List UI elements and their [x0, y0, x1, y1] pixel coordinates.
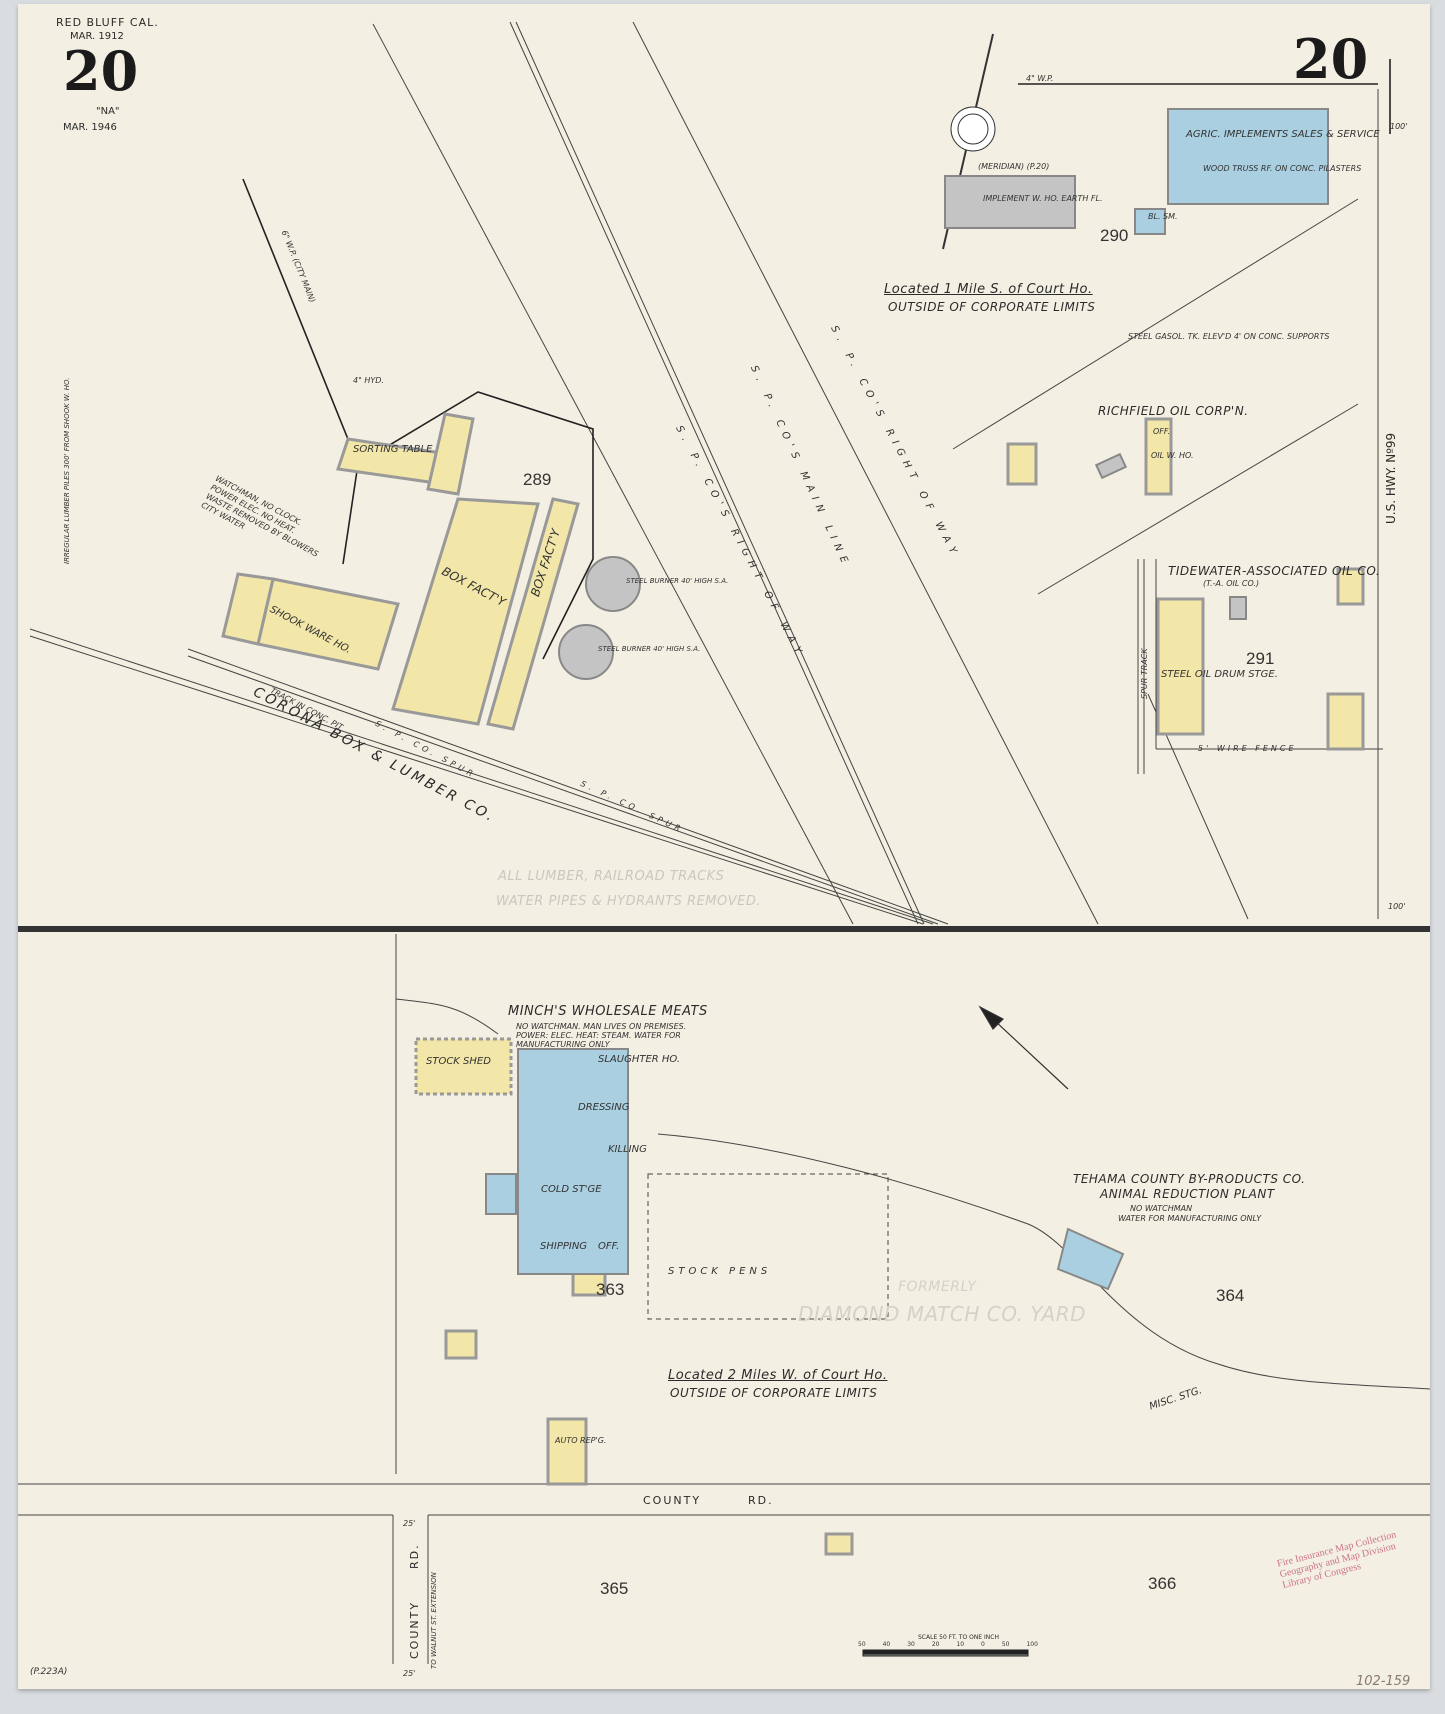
water-main-top: 4" W.P.: [1026, 74, 1053, 83]
block-number-291[interactable]: 291: [1246, 649, 1274, 669]
company-richfield[interactable]: RICHFIELD OIL CORP'N.: [1098, 404, 1249, 418]
building-off[interactable]: OFF.: [1153, 427, 1170, 436]
building-sorting-table[interactable]: SORTING TABLE: [353, 444, 432, 455]
map-linework: [18, 4, 1430, 1689]
ghost-diamond-match: DIAMOND MATCH CO. YARD: [798, 1302, 1086, 1326]
scale-ticks: 5040302010050100: [858, 1641, 1038, 1648]
sheet-number: 20: [63, 44, 138, 98]
north-arrow-lower: [980, 1007, 1068, 1089]
construction-truss: WOOD TRUSS RF. ON CONC. PILASTERS: [1203, 164, 1361, 173]
highway-label: U.S. HWY. Nº99: [1384, 433, 1398, 524]
lumber-piles-note: IRREGULAR LUMBER PILES 300' FROM SHOOK W…: [63, 378, 71, 564]
tidewater-subtitle: (T.-A. OIL CO.): [1203, 579, 1259, 588]
revision-date: MAR. 1946: [63, 122, 117, 133]
road-county-h: COUNTY: [643, 1494, 701, 1507]
removed-note-2: WATER PIPES & HYDRANTS REMOVED.: [496, 894, 761, 909]
building-dressing[interactable]: DRESSING: [578, 1102, 629, 1113]
building-agric-implements[interactable]: AGRIC. IMPLEMENTS SALES & SERVICE: [1186, 129, 1380, 140]
width-label-bottom: 100': [1388, 902, 1405, 911]
building-stock-shed[interactable]: STOCK SHED: [426, 1056, 491, 1067]
company-minchs[interactable]: MINCH'S WHOLESALE MEATS: [508, 1004, 708, 1019]
road-rd-v: RD.: [408, 1543, 421, 1569]
location-note-lower: Located 2 Miles W. of Court Ho.: [668, 1368, 887, 1383]
spur-track-label: SPUR TRACK: [1140, 648, 1149, 699]
road-rd-h: RD.: [748, 1494, 774, 1507]
block-number-363[interactable]: 363: [596, 1280, 624, 1300]
removed-note-1: ALL LUMBER, RAILROAD TRACKS: [498, 869, 724, 884]
building-oil-wh[interactable]: OIL W. HO.: [1151, 451, 1194, 460]
building-steel-burner-1[interactable]: STEEL BURNER 40' HIGH S.A.: [626, 577, 728, 585]
location-note-upper: Located 1 Mile S. of Court Ho.: [884, 282, 1093, 297]
block-number-289[interactable]: 289: [523, 470, 551, 490]
building-shipping[interactable]: SHIPPING: [540, 1241, 587, 1252]
plate-code: (P.223A): [30, 1667, 67, 1677]
scale-bar: [863, 1650, 1028, 1656]
company-tidewater[interactable]: TIDEWATER-ASSOCIATED OIL CO.: [1168, 564, 1380, 578]
minchs-note: NO WATCHMAN. MAN LIVES ON PREMISES.POWER…: [516, 1022, 686, 1049]
sheet-number-right: 20: [1293, 32, 1368, 86]
building-implement-wh[interactable]: IMPLEMENT W. HO. EARTH FL.: [983, 194, 1103, 203]
building-off-lower[interactable]: OFF.: [598, 1241, 619, 1252]
road-county-v: COUNTY: [408, 1601, 421, 1659]
area-stock-pens[interactable]: STOCK PENS: [668, 1266, 771, 1277]
limits-note-lower: OUTSIDE OF CORPORATE LIMITS: [670, 1386, 877, 1400]
building-steel-oil-drum[interactable]: STEEL OIL DRUM STGE.: [1161, 669, 1278, 680]
tehama-note-2: WATER FOR MANUFACTURING ONLY: [1118, 1214, 1261, 1223]
limits-note-upper: OUTSIDE OF CORPORATE LIMITS: [888, 300, 1095, 314]
building-auto-repg[interactable]: AUTO REP'G.: [555, 1436, 606, 1445]
richfield-tank-label: STEEL GASOL. TK. ELEV'D 4' ON CONC. SUPP…: [1128, 332, 1329, 341]
building-slaughter-ho[interactable]: SLAUGHTER HO.: [598, 1054, 680, 1065]
building-bl-sm[interactable]: BL. SM.: [1148, 212, 1178, 221]
catalog-number: 102-159: [1356, 1674, 1410, 1689]
block-number-365[interactable]: 365: [600, 1579, 628, 1599]
wire-fence-label: 5' WIRE FENCE: [1198, 744, 1297, 753]
tehama-note-1: NO WATCHMAN: [1130, 1204, 1192, 1213]
block-number-364[interactable]: 364: [1216, 1286, 1244, 1306]
width-label: 100': [1390, 122, 1407, 131]
block-number-290[interactable]: 290: [1100, 226, 1128, 246]
building-killing[interactable]: KILLING: [608, 1144, 647, 1155]
road-note: TO WALNUT ST. EXTENSION: [430, 1572, 438, 1669]
road-width-bottom: 25': [403, 1669, 415, 1678]
volume-code: "NA": [96, 106, 120, 117]
city-label: RED BLUFF CAL.: [56, 16, 159, 29]
hydrant-label: 4" HYD.: [353, 376, 384, 385]
map-sheet: RED BLUFF CAL. MAR. 1912 20 "NA" MAR. 19…: [18, 4, 1430, 1689]
scale-label: SCALE 50 FT. TO ONE INCH: [918, 1634, 999, 1641]
ghost-formerly: FORMERLY: [898, 1279, 976, 1295]
compass-label: (MERIDIAN) (P.20): [978, 162, 1049, 171]
block-number-366[interactable]: 366: [1148, 1574, 1176, 1594]
road-width-top: 25': [403, 1519, 415, 1528]
building-cold-stge[interactable]: COLD ST'GE: [541, 1184, 602, 1195]
tehama-subtitle: ANIMAL REDUCTION PLANT: [1100, 1187, 1275, 1201]
company-tehama[interactable]: TEHAMA COUNTY BY-PRODUCTS CO.: [1073, 1172, 1305, 1186]
building-steel-burner-2[interactable]: STEEL BURNER 40' HIGH S.A.: [598, 645, 700, 653]
